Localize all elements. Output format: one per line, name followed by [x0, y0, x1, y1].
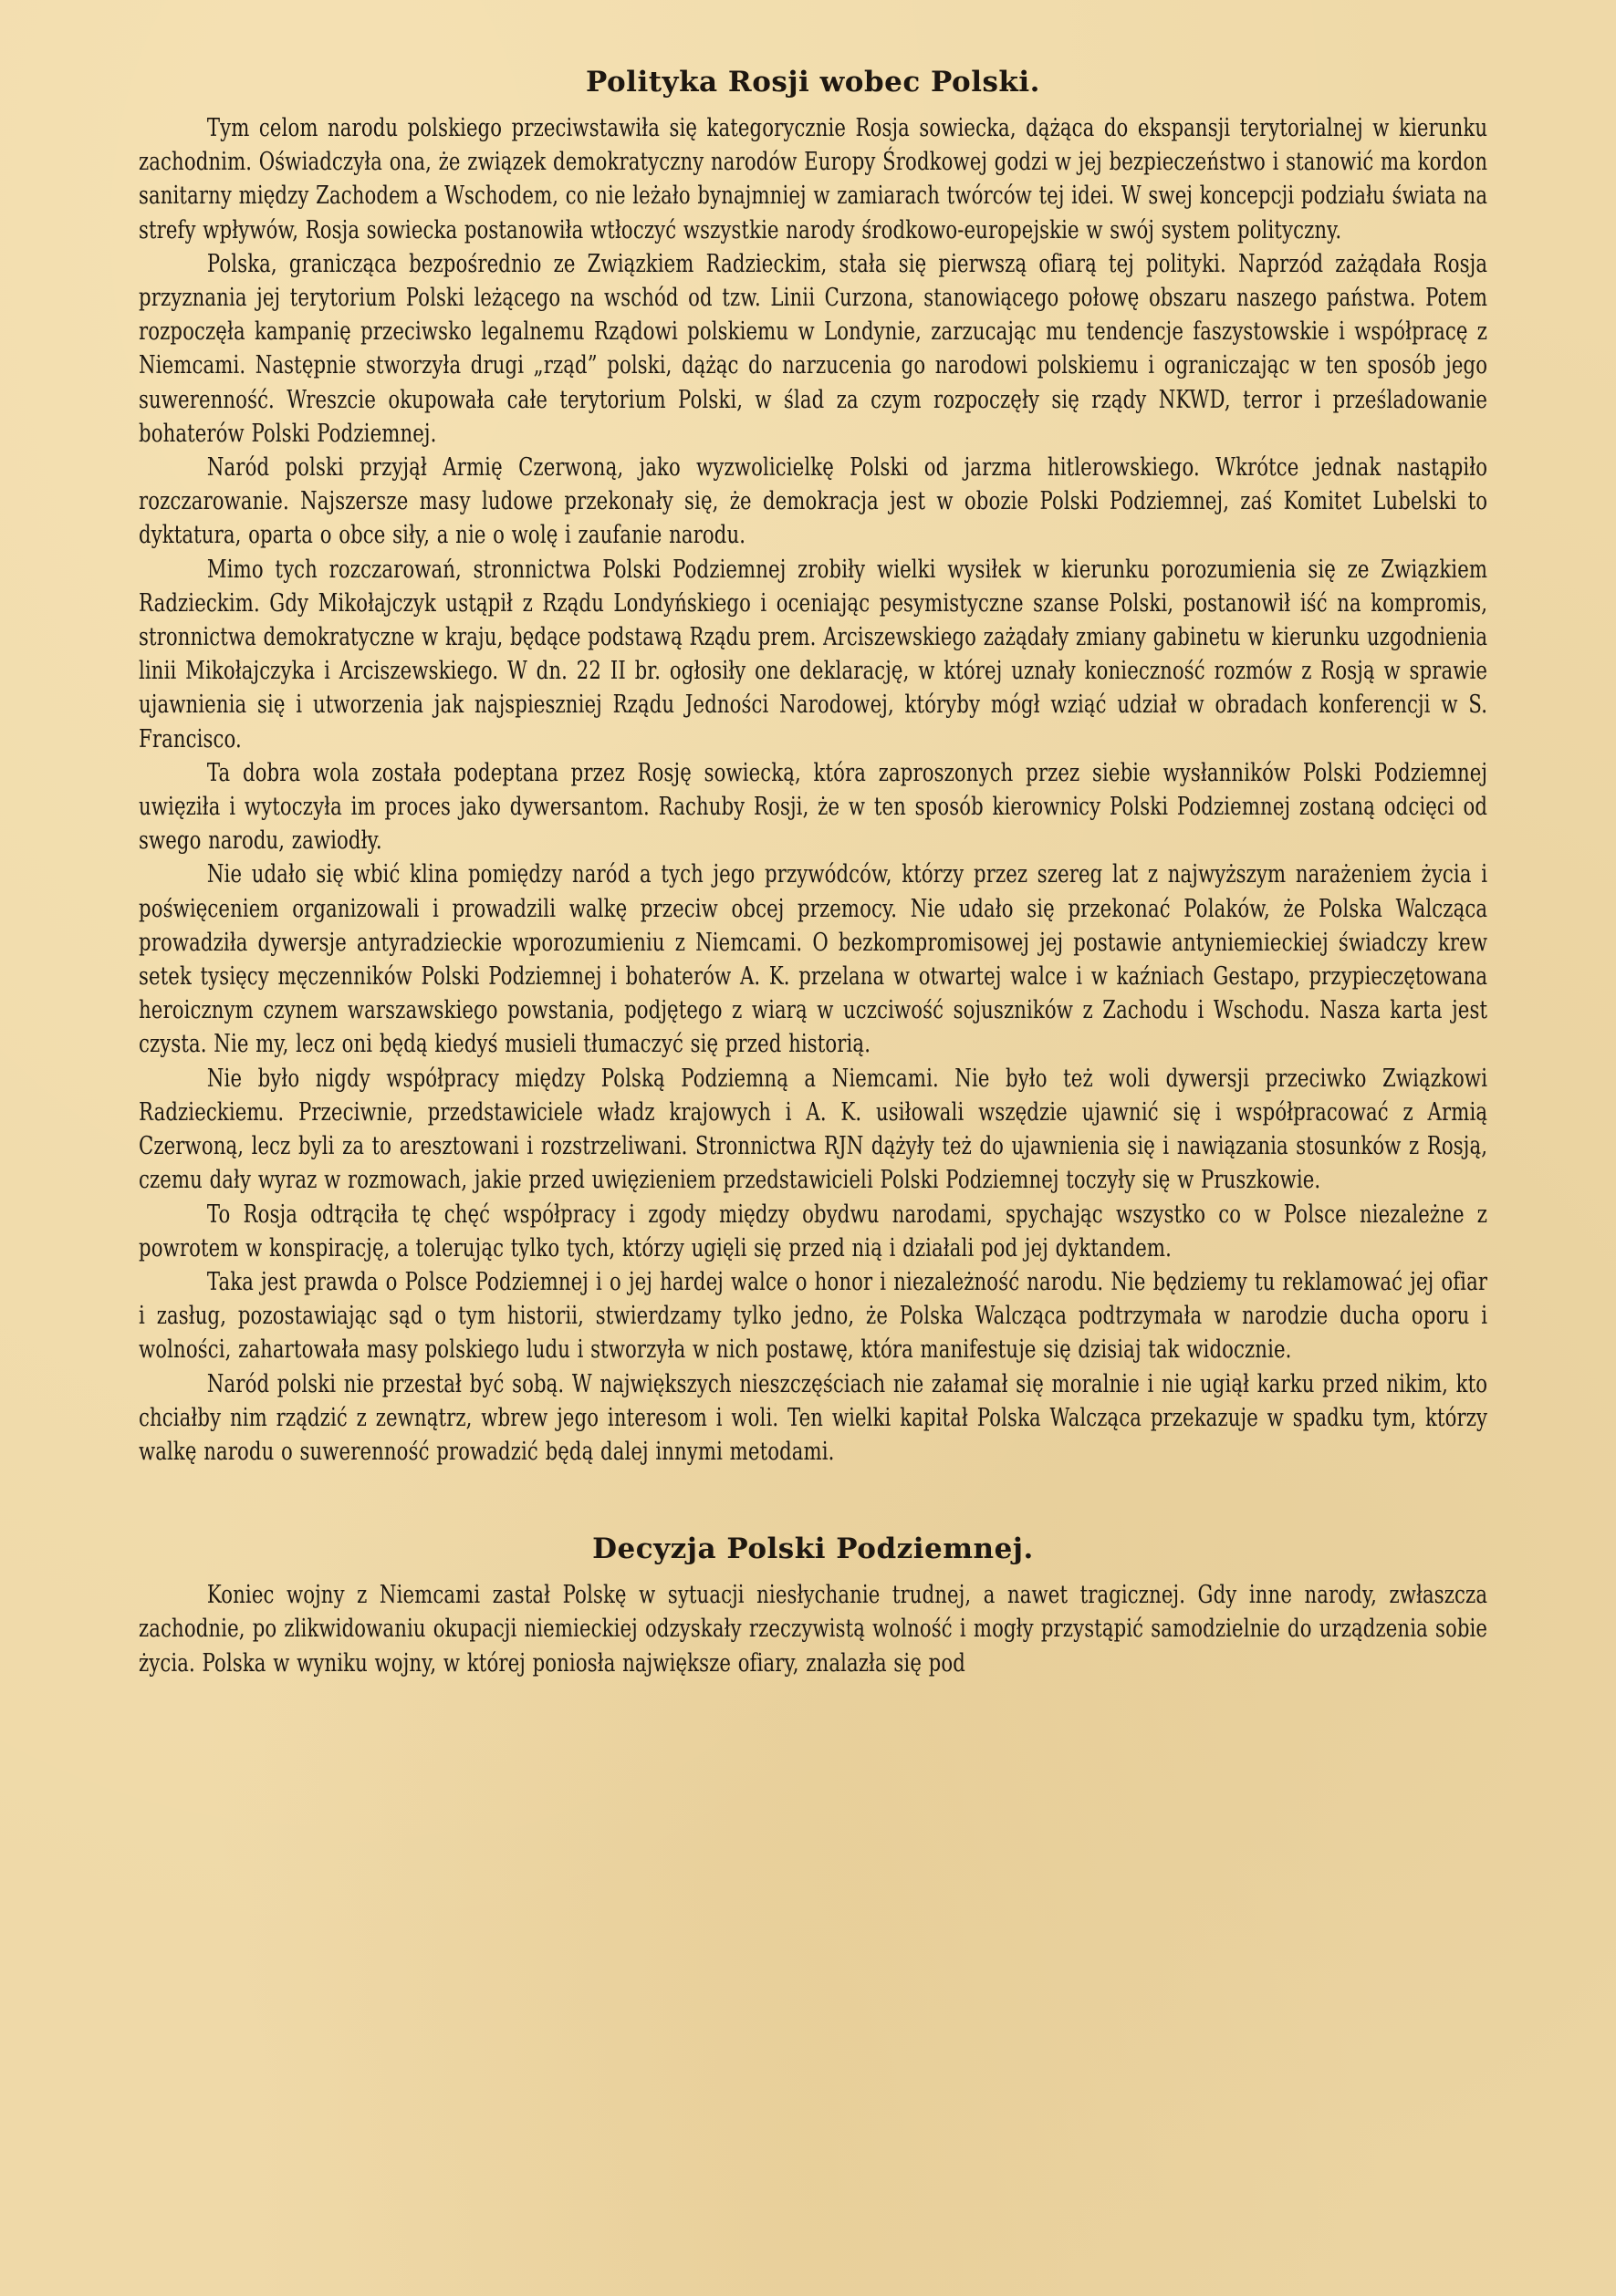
section-heading-russia-policy: Polityka Rosji wobec Polski. [139, 64, 1487, 100]
paragraph: Naród polski przyjął Armię Czerwoną, jak… [139, 451, 1487, 553]
paragraph: Tym celom narodu polskiego przeciwstawił… [139, 111, 1487, 247]
paragraph: To Rosja odtrąciła tę chęć współpracy i … [139, 1198, 1487, 1265]
paragraph: Koniec wojny z Niemcami zastał Polskę w … [139, 1578, 1487, 1680]
paragraph: Naród polski nie przestał być sobą. W na… [139, 1367, 1487, 1470]
document-page: Polityka Rosji wobec Polski. Tym celom n… [139, 64, 1487, 1680]
section-heading-underground-decision: Decyzja Polski Podziemnej. [139, 1531, 1487, 1567]
paragraph: Mimo tych rozczarowań, stronnictwa Polsk… [139, 553, 1487, 756]
paragraph: Ta dobra wola została podeptana przez Ro… [139, 756, 1487, 858]
paragraph: Nie udało się wbić klina pomiędzy naród … [139, 857, 1487, 1061]
paragraph: Nie było nigdy współpracy między Polską … [139, 1062, 1487, 1198]
paragraph: Taka jest prawda o Polsce Podziemnej i o… [139, 1265, 1487, 1367]
paragraph: Polska, granicząca bezpośrednio ze Związ… [139, 247, 1487, 451]
